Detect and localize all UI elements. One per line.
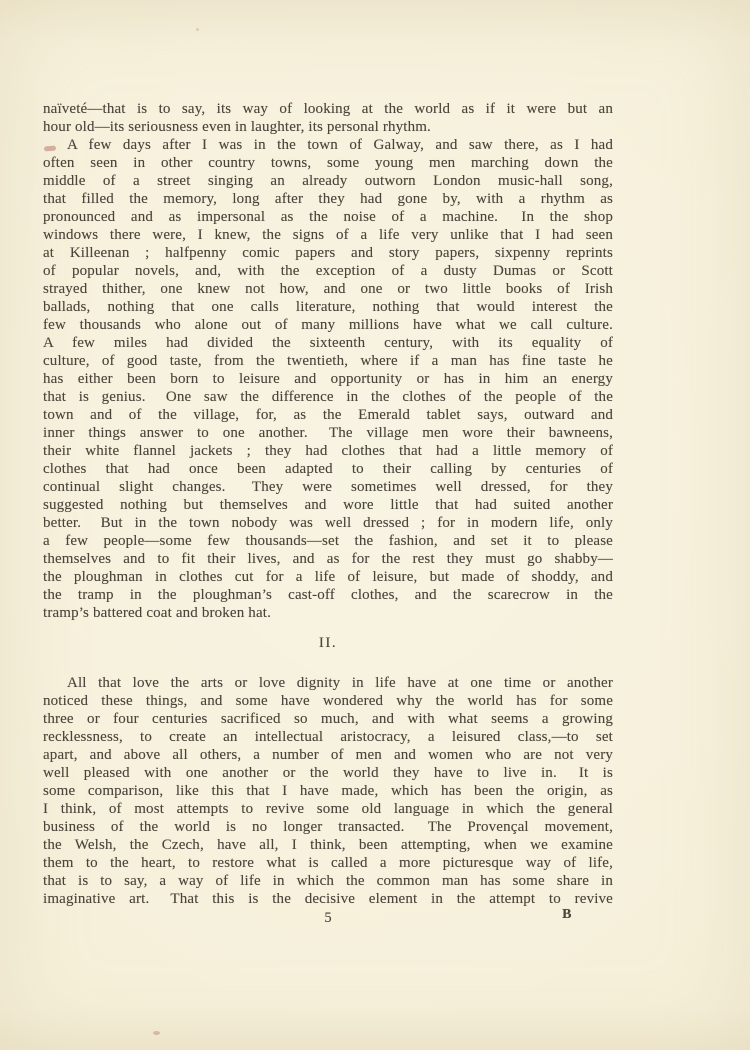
- text-line: often seen in other country towns, some …: [43, 154, 613, 172]
- text-line: apart, and above all others, a number of…: [43, 746, 613, 764]
- paper-speck: [196, 28, 199, 31]
- text-line: A few days after I was in the town of Ga…: [43, 136, 613, 154]
- text-line: clothes that had once been adapted to th…: [43, 460, 613, 478]
- text-line: that filled the memory, long after they …: [43, 190, 613, 208]
- text-line: suggested nothing but themselves and wor…: [43, 496, 613, 514]
- text-line: the ploughman in clothes cut for a life …: [43, 568, 613, 586]
- text-line: A few miles had divided the sixteenth ce…: [43, 334, 613, 352]
- text-line: the tramp in the ploughman’s cast-off cl…: [43, 586, 613, 604]
- text-line: windows there were, I knew, the signs of…: [43, 226, 613, 244]
- text-line: tramp’s battered coat and broken hat.: [43, 604, 613, 622]
- text-column: naïveté—that is to say, its way of looki…: [43, 100, 613, 908]
- paragraph-continuation: naïveté—that is to say, its way of looki…: [43, 100, 613, 136]
- text-line: All that love the arts or love dignity i…: [43, 674, 613, 692]
- signature-mark: B: [556, 906, 578, 924]
- book-page: naïveté—that is to say, its way of looki…: [0, 0, 750, 1050]
- text-line: I think, of most attempts to revive some…: [43, 800, 613, 818]
- text-line: has either been born to leisure and oppo…: [43, 370, 613, 388]
- text-line: culture, of good taste, from the twentie…: [43, 352, 613, 370]
- text-line: themselves and to fit their lives, and a…: [43, 550, 613, 568]
- section-heading: II.: [43, 634, 613, 652]
- text-line: a few people—some few thousands—set the …: [43, 532, 613, 550]
- text-line: imaginative art. That this is the decisi…: [43, 890, 613, 908]
- text-line: the Welsh, the Czech, have all, I think,…: [43, 836, 613, 854]
- text-line: three or four centuries sacrificed so mu…: [43, 710, 613, 728]
- text-line: noticed these things, and some have wond…: [43, 692, 613, 710]
- text-line: some comparison, like this that I have m…: [43, 782, 613, 800]
- text-line: middle of a street singing an already ou…: [43, 172, 613, 190]
- text-line: well pleased with one another or the wor…: [43, 764, 613, 782]
- text-line: town and of the village, for, as the Eme…: [43, 406, 613, 424]
- text-line: that is to say, a way of life in which t…: [43, 872, 613, 890]
- text-line: ballads, nothing that one calls literatu…: [43, 298, 613, 316]
- text-line: few thousands who alone out of many mill…: [43, 316, 613, 334]
- text-line: of popular novels, and, with the excepti…: [43, 262, 613, 280]
- text-line: their white flannel jackets ; they had c…: [43, 442, 613, 460]
- text-line: continual slight changes. They were some…: [43, 478, 613, 496]
- paragraph-arts: All that love the arts or love dignity i…: [43, 674, 613, 908]
- text-line: recklessness, to create an intellectual …: [43, 728, 613, 746]
- text-line: at Killeenan ; halfpenny comic papers an…: [43, 244, 613, 262]
- text-line: hour old—its seriousness even in laughte…: [43, 118, 613, 136]
- text-line: pronounced and as impersonal as the nois…: [43, 208, 613, 226]
- text-line: better. But in the town nobody was well …: [43, 514, 613, 532]
- text-line: naïveté—that is to say, its way of looki…: [43, 100, 613, 118]
- paper-speck: [153, 1031, 160, 1035]
- text-line: business of the world is no longer trans…: [43, 818, 613, 836]
- text-line: that is genius. One saw the difference i…: [43, 388, 613, 406]
- text-line: them to the heart, to restore what is ca…: [43, 854, 613, 872]
- paragraph-galway: A few days after I was in the town of Ga…: [43, 136, 613, 622]
- text-line: strayed thither, one knew not how, and o…: [43, 280, 613, 298]
- text-line: inner things answer to one another. The …: [43, 424, 613, 442]
- page-number: 5: [43, 909, 613, 927]
